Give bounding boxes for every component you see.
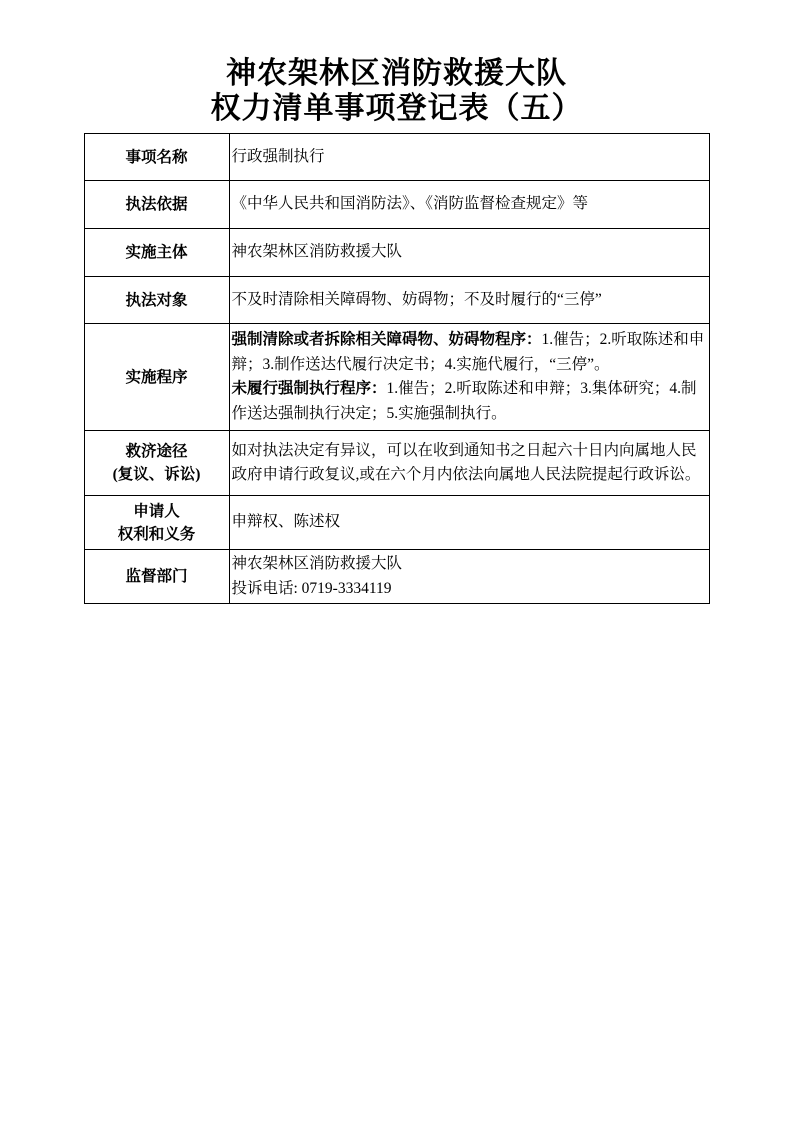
row-label-cell: 实施程序 (84, 324, 229, 431)
row-label-cell: 执法对象 (84, 277, 229, 324)
content-segment: 如对执法决定有异议，可以在收到通知书之日起六十日内向属地人民政府申请行政复议,或… (232, 442, 701, 484)
row-label-line: 实施程序 (87, 366, 227, 389)
row-label-line: 事项名称 (87, 146, 227, 169)
row-content-cell: 强制清除或者拆除相关障碍物、妨碍物程序：1.催告；2.听取陈述和申辩；3.制作送… (229, 324, 709, 431)
row-content-line: 未履行强制执行程序：1.催告；2.听取陈述和申辩；3.集体研究；4.制作送达强制… (232, 377, 707, 426)
table-row: 执法对象不及时清除相关障碍物、妨碍物；不及时履行的“三停” (84, 277, 709, 324)
row-content-cell: 神农架林区消防救援大队投诉电话: 0719-3334119 (229, 550, 709, 604)
row-content-line: 强制清除或者拆除相关障碍物、妨碍物程序：1.催告；2.听取陈述和申辩；3.制作送… (232, 328, 707, 377)
row-content-line: 申辩权、陈述权 (232, 510, 707, 535)
row-label-cell: 救济途径(复议、诉讼) (84, 431, 229, 496)
content-segment: 申辩权、陈述权 (232, 513, 341, 530)
row-label-line: 执法依据 (87, 193, 227, 216)
row-label-line: 执法对象 (87, 289, 227, 312)
row-content-cell: 神农架林区消防救援大队 (229, 229, 709, 277)
table-row: 申请人权利和义务申辩权、陈述权 (84, 496, 709, 550)
content-segment: 行政强制执行 (232, 148, 325, 165)
row-label-line: 权利和义务 (87, 523, 227, 546)
table-row: 事项名称行政强制执行 (84, 134, 709, 181)
row-content-line: 《中华人民共和国消防法》、《消防监督检查规定》等 (232, 192, 707, 217)
content-segment: 神农架林区消防救援大队 (232, 555, 403, 572)
row-content-cell: 《中华人民共和国消防法》、《消防监督检查规定》等 (229, 181, 709, 229)
row-label-line: 监督部门 (87, 565, 227, 588)
row-content-line: 行政强制执行 (232, 145, 707, 170)
row-label-cell: 监督部门 (84, 550, 229, 604)
document-title: 神农架林区消防救援大队 权力清单事项登记表（五） (0, 56, 793, 126)
content-segment: 投诉电话: 0719-3334119 (232, 580, 392, 597)
registration-table-body: 事项名称行政强制执行执法依据《中华人民共和国消防法》、《消防监督检查规定》等实施… (84, 134, 709, 604)
row-label-cell: 申请人权利和义务 (84, 496, 229, 550)
table-row: 实施程序强制清除或者拆除相关障碍物、妨碍物程序：1.催告；2.听取陈述和申辩；3… (84, 324, 709, 431)
content-segment-bold: 强制清除或者拆除相关障碍物、妨碍物程序： (232, 331, 542, 348)
row-content-cell: 如对执法决定有异议，可以在收到通知书之日起六十日内向属地人民政府申请行政复议,或… (229, 431, 709, 496)
row-content-cell: 行政强制执行 (229, 134, 709, 181)
row-content-line: 神农架林区消防救援大队 (232, 240, 707, 265)
row-content-line: 神农架林区消防救援大队 (232, 552, 707, 577)
row-label-cell: 事项名称 (84, 134, 229, 181)
content-segment-bold: 未履行强制执行程序： (232, 380, 387, 397)
row-label-line: (复议、诉讼) (87, 463, 227, 486)
row-content-line: 投诉电话: 0719-3334119 (232, 577, 707, 602)
row-content-line: 如对执法决定有异议，可以在收到通知书之日起六十日内向属地人民政府申请行政复议,或… (232, 439, 707, 488)
table-row: 救济途径(复议、诉讼)如对执法决定有异议，可以在收到通知书之日起六十日内向属地人… (84, 431, 709, 496)
table-row: 实施主体神农架林区消防救援大队 (84, 229, 709, 277)
document-title-line1: 神农架林区消防救援大队 (0, 56, 793, 91)
row-label-cell: 实施主体 (84, 229, 229, 277)
registration-table: 事项名称行政强制执行执法依据《中华人民共和国消防法》、《消防监督检查规定》等实施… (84, 133, 710, 604)
document-page: 神农架林区消防救援大队 权力清单事项登记表（五） 事项名称行政强制执行执法依据《… (0, 0, 793, 1122)
row-content-cell: 不及时清除相关障碍物、妨碍物；不及时履行的“三停” (229, 277, 709, 324)
row-content-line: 不及时清除相关障碍物、妨碍物；不及时履行的“三停” (232, 288, 707, 313)
content-segment: 不及时清除相关障碍物、妨碍物；不及时履行的“三停” (232, 291, 602, 308)
table-row: 执法依据《中华人民共和国消防法》、《消防监督检查规定》等 (84, 181, 709, 229)
row-label-line: 救济途径 (87, 440, 227, 463)
content-segment: 神农架林区消防救援大队 (232, 243, 403, 260)
content-segment: 《中华人民共和国消防法》、《消防监督检查规定》等 (232, 195, 589, 212)
document-title-line2: 权力清单事项登记表（五） (0, 91, 793, 126)
table-row: 监督部门神农架林区消防救援大队投诉电话: 0719-3334119 (84, 550, 709, 604)
row-label-line: 实施主体 (87, 241, 227, 264)
row-content-cell: 申辩权、陈述权 (229, 496, 709, 550)
row-label-line: 申请人 (87, 500, 227, 523)
row-label-cell: 执法依据 (84, 181, 229, 229)
